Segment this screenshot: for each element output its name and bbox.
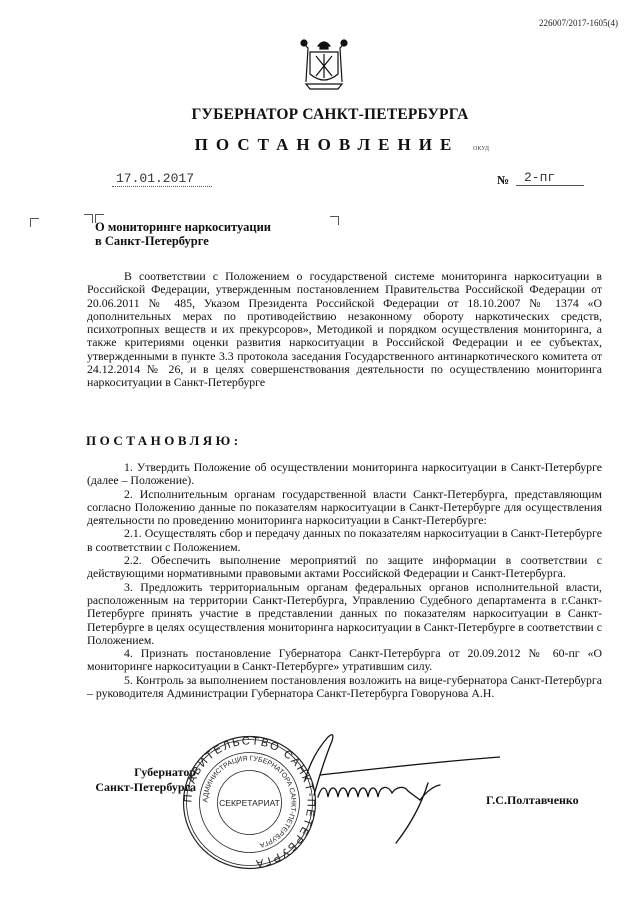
document-type-title: ПОСТАНОВЛЕНИЕ [0, 135, 640, 155]
preamble-text: В соответствии с Положением о государств… [87, 270, 602, 390]
decree-items: 1. Утвердить Положение об осуществлении … [87, 461, 602, 700]
subject-bracket-right [330, 216, 339, 225]
subject-line: О мониторинге наркоситуации [95, 220, 271, 234]
document-id: 226007/2017-1605(4) [539, 18, 618, 28]
number-label: № [497, 173, 509, 188]
decree-item-5: 5. Контроль за выполнением постановления… [87, 674, 602, 701]
margin-bracket-left [30, 218, 39, 227]
stamp-center-text: СЕКРЕТАРИАТ [219, 798, 280, 808]
signatory-title-line: Губернатор [86, 765, 196, 780]
decree-item-2-1: 2.1. Осуществлять сбор и передачу данных… [87, 527, 602, 554]
decree-item-3: 3. Предложить территориальным органам фе… [87, 581, 602, 647]
preamble: В соответствии с Положением о государств… [87, 270, 602, 390]
document-number: 2-пг [516, 170, 584, 186]
margin-bracket-mid [84, 214, 93, 223]
subject-line: в Санкт-Петербурге [95, 234, 271, 248]
signatory-title: Губернатор Санкт-Петербурга [86, 765, 196, 795]
decree-item-2: 2. Исполнительным органам государственно… [87, 488, 602, 528]
document-subject: О мониторинге наркоситуации в Санкт-Пете… [95, 220, 271, 248]
resolve-heading: ПОСТАНОВЛЯЮ: [86, 433, 242, 449]
signatory-name: Г.С.Полтавченко [486, 793, 579, 808]
okud-label: ОКУД [473, 146, 489, 152]
coat-of-arms-icon [298, 36, 350, 92]
decree-item-4: 4. Признать постановление Губернатора Са… [87, 647, 602, 674]
handwritten-signature-icon [300, 725, 500, 845]
official-stamp-icon: ПРАВИТЕЛЬСТВО САНКТ-ПЕТЕРБУРГА АДМИНИСТР… [182, 735, 317, 870]
signatory-title-line: Санкт-Петербурга [86, 780, 196, 795]
issuer-title: ГУБЕРНАТОР САНКТ-ПЕТЕРБУРГА [0, 106, 640, 124]
decree-item-2-2: 2.2. Обеспечить выполнение мероприятий п… [87, 554, 602, 581]
document-date: 17.01.2017 [112, 171, 212, 187]
decree-item-1: 1. Утвердить Положение об осуществлении … [87, 461, 602, 488]
